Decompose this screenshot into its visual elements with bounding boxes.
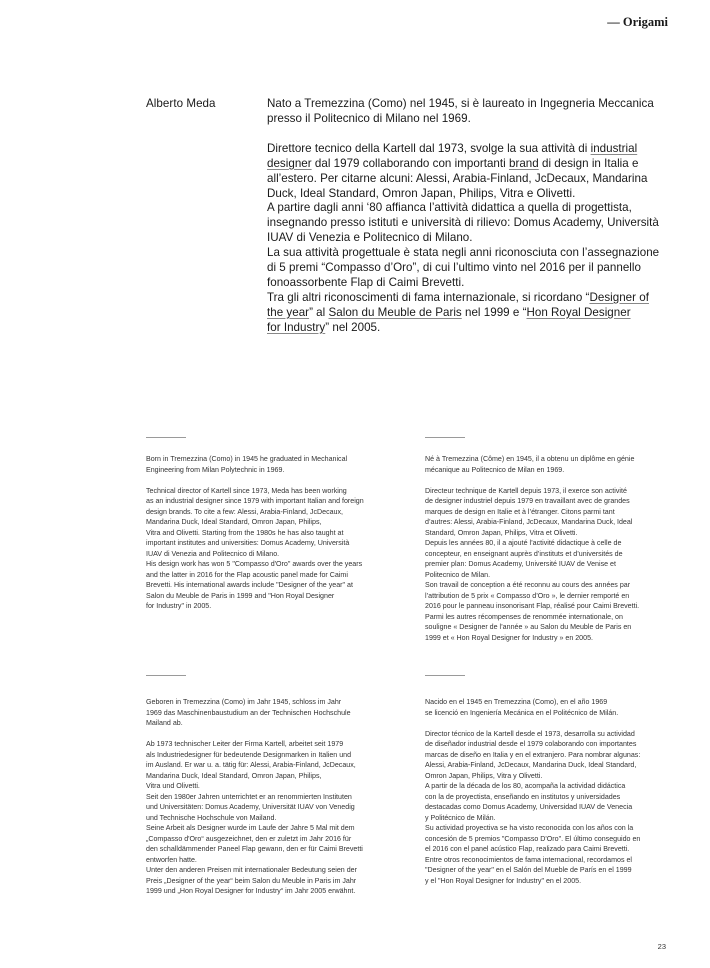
translation-spanish: Nacido en el 1945 en Tremezzina (Como), …: [425, 675, 695, 886]
text-line: im Ausland. Er war u. a. tätig für: Ales…: [146, 760, 416, 771]
text-line: for Industry" in 2005.: [146, 601, 416, 612]
text-fragment: ” nel 2005.: [325, 321, 380, 334]
translation-german: Geboren in Tremezzina (Como) im Jahr 194…: [146, 675, 416, 897]
text-line: Nato a Tremezzina (Como) nel 1945, si è …: [267, 97, 667, 112]
text-line: d’autres: Alessi, Arabia-Finland, JcDeca…: [425, 517, 695, 528]
link-designer-of-the-year[interactable]: the year: [267, 306, 309, 319]
translation-english: Born in Tremezzina (Como) in 1945 he gra…: [146, 437, 416, 612]
link-designer-of-the-year[interactable]: Designer of: [589, 291, 649, 304]
translation-paragraph: Ab 1973 technischer Leiter der Firma Kar…: [146, 739, 416, 897]
text-line: La sua attività progettuale è stata negl…: [267, 246, 667, 261]
text-line: Direttore tecnico della Kartell dal 1973…: [267, 142, 667, 157]
text-line: als Industriedesigner für bedeutende Des…: [146, 750, 416, 761]
text-line: Alessi, Arabia-Finland, JcDecaux, Mandar…: [425, 760, 695, 771]
text-line: de designer industriel depuis 1979 en tr…: [425, 496, 695, 507]
text-line: Duck, Ideal Standard, Omron Japan, Phili…: [267, 187, 667, 202]
text-line: Vitra and Olivetti. Starting from the 19…: [146, 528, 416, 539]
link-industrial-designer[interactable]: designer: [267, 157, 312, 170]
bio-paragraph: Nato a Tremezzina (Como) nel 1945, si è …: [267, 97, 667, 127]
text-fragment: Tra gli altri riconoscimenti di fama int…: [267, 291, 589, 304]
text-line: Geboren in Tremezzina (Como) im Jahr 194…: [146, 697, 416, 708]
text-line: 1969 das Maschinenbaustudium an der Tech…: [146, 708, 416, 719]
text-line: fonoassorbente Flap di Caimi Brevetti.: [267, 276, 667, 291]
text-line: Nacido en el 1945 en Tremezzina (Como), …: [425, 697, 695, 708]
text-line: concesión de 5 premios "Compasso D'Oro".…: [425, 834, 695, 845]
author-name: Alberto Meda: [146, 97, 216, 110]
text-line: Brevetti. His international awards inclu…: [146, 580, 416, 591]
text-line: A partir de la década de los 80, acompañ…: [425, 781, 695, 792]
link-salon-du-meuble[interactable]: Salon du Meuble de Paris: [329, 306, 462, 319]
link-hon-royal-designer[interactable]: for Industry: [267, 321, 325, 334]
text-line: Director técnico de la Kartell desde el …: [425, 729, 695, 740]
text-line: Su actividad proyectiva se ha visto reco…: [425, 823, 695, 834]
text-line: insegnando presso istituti e università …: [267, 216, 667, 231]
text-line: premier plan: Domus Academy, Université …: [425, 559, 695, 570]
text-line: Seine Arbeit als Designer wurde im Laufe…: [146, 823, 416, 834]
text-line: Vitra und Olivetti.: [146, 781, 416, 792]
translation-paragraph: Né à Tremezzina (Côme) en 1945, il a obt…: [425, 454, 695, 475]
translation-paragraph: Technical director of Kartell since 1973…: [146, 486, 416, 612]
text-line: Son travail de conception a été reconnu …: [425, 580, 695, 591]
text-line: und Technische Hochschule von Mailand.: [146, 813, 416, 824]
text-line: all’estero. Per citarne alcuni: Alessi, …: [267, 172, 667, 187]
link-hon-royal-designer[interactable]: Hon Royal Designer: [526, 306, 630, 319]
text-line: mécanique au Politecnico de Milan en 196…: [425, 465, 695, 476]
divider: [425, 675, 465, 676]
text-line: Standard, Omron Japan, Philips, Vitra et…: [425, 528, 695, 539]
text-line: design brands. To cite a few: Alessi, Ar…: [146, 507, 416, 518]
text-line: den schalldämmender Paneel Flap gewann, …: [146, 844, 416, 855]
text-line: y el "Hon Royal Designer for Industry" e…: [425, 876, 695, 887]
text-line: His design work has won 5 "Compasso d'Or…: [146, 559, 416, 570]
page-number: 23: [658, 942, 666, 951]
text-line: Engineering from Milan Polytechnic in 19…: [146, 465, 416, 476]
link-brand[interactable]: brand: [509, 157, 539, 170]
text-line: souligne « Designer de l’année » au Salo…: [425, 622, 695, 633]
text-line: di 5 premi “Compasso d’Oro”, di cui l’ul…: [267, 261, 667, 276]
translation-paragraph: Director técnico de la Kartell desde el …: [425, 729, 695, 887]
text-line: Mailand ab.: [146, 718, 416, 729]
divider: [425, 437, 465, 438]
text-line: Seit den 1980er Jahren unterrichtet er a…: [146, 792, 416, 803]
main-bio-italian: Nato a Tremezzina (Como) nel 1945, si è …: [267, 97, 667, 336]
text-line: Unter den anderen Preisen mit internatio…: [146, 865, 416, 876]
text-line: Born in Tremezzina (Como) in 1945 he gra…: [146, 454, 416, 465]
text-fragment: nel 1999 e “: [462, 306, 527, 319]
text-line: marcas de diseño en Italia y en el extra…: [425, 750, 695, 761]
translation-french: Né à Tremezzina (Côme) en 1945, il a obt…: [425, 437, 695, 643]
divider: [146, 675, 186, 676]
text-line: el 2016 con el panel acústico Flap, real…: [425, 844, 695, 855]
text-line: 1999 et « Hon Royal Designer for Industr…: [425, 633, 695, 644]
text-line: 2016 pour le panneau insonorisant Flap, …: [425, 601, 695, 612]
text-fragment: Direttore tecnico della Kartell dal 1973…: [267, 142, 591, 155]
text-line: „Compasso d'Oro“ ausgezeichnet, den er z…: [146, 834, 416, 845]
text-line: Directeur technique de Kartell depuis 19…: [425, 486, 695, 497]
text-line: Mandarina Duck, Ideal Standard, Omron Ja…: [146, 771, 416, 782]
text-line: und Universitäten: Domus Academy, Univer…: [146, 802, 416, 813]
text-line: Salon du Meuble de Paris in 1999 and "Ho…: [146, 591, 416, 602]
text-line: Tra gli altri riconoscimenti di fama int…: [267, 291, 667, 306]
text-line: l’attribution de 5 prix « Compasso d’Oro…: [425, 591, 695, 602]
text-line: "Designer of the year" en el Salón del M…: [425, 865, 695, 876]
text-line: de diseñador industrial desde el 1979 co…: [425, 739, 695, 750]
running-head-title: — Origami: [607, 15, 668, 30]
text-line: marques de design en Italie et à l’étran…: [425, 507, 695, 518]
text-line: concepteur, en enseignant auprès d’insti…: [425, 549, 695, 560]
text-line: as an industrial designer since 1979 wit…: [146, 496, 416, 507]
translation-paragraph: Directeur technique de Kartell depuis 19…: [425, 486, 695, 644]
text-line: A partire dagli anni ‘80 affianca l’atti…: [267, 201, 667, 216]
translation-paragraph: Nacido en el 1945 en Tremezzina (Como), …: [425, 697, 695, 718]
text-fragment: dal 1979 collaborando con importanti: [312, 157, 509, 170]
divider: [146, 437, 186, 438]
text-line: Parmi les autres récompenses de renommée…: [425, 612, 695, 623]
text-fragment: di design in Italia e: [539, 157, 639, 170]
text-line: Mandarina Duck, Ideal Standard, Omron Ja…: [146, 517, 416, 528]
text-line: Politecnico de Milan.: [425, 570, 695, 581]
text-line: 1999 und „Hon Royal Designer for Industr…: [146, 886, 416, 897]
text-line: Ab 1973 technischer Leiter der Firma Kar…: [146, 739, 416, 750]
text-line: IUAV di Venezia and Politecnico di Milan…: [146, 549, 416, 560]
text-line: presso il Politecnico di Milano nel 1969…: [267, 112, 667, 127]
text-line: con la de proyectista, enseñando en inst…: [425, 792, 695, 803]
text-line: Preis „Designer of the year“ beim Salon …: [146, 876, 416, 887]
text-line: entworfen hatte.: [146, 855, 416, 866]
link-industrial-designer[interactable]: industrial: [591, 142, 638, 155]
text-line: destacadas como Domus Academy, Universid…: [425, 802, 695, 813]
text-line: se licenció en Ingeniería Mecánica en el…: [425, 708, 695, 719]
text-line: important institutes and universities: D…: [146, 538, 416, 549]
text-line: Né à Tremezzina (Côme) en 1945, il a obt…: [425, 454, 695, 465]
bio-paragraph: Direttore tecnico della Kartell dal 1973…: [267, 142, 667, 336]
text-line: for Industry” nel 2005.: [267, 321, 667, 336]
text-line: Technical director of Kartell since 1973…: [146, 486, 416, 497]
text-line: y Politécnico de Milán.: [425, 813, 695, 824]
text-line: designer dal 1979 collaborando con impor…: [267, 157, 667, 172]
text-line: Omron Japan, Philips, Vitra y Olivetti.: [425, 771, 695, 782]
text-fragment: ” al: [309, 306, 328, 319]
text-line: and the latter in 2016 for the Flap acou…: [146, 570, 416, 581]
translation-paragraph: Geboren in Tremezzina (Como) im Jahr 194…: [146, 697, 416, 729]
text-line: the year” al Salon du Meuble de Paris ne…: [267, 306, 667, 321]
text-line: Depuis les années 80, il a ajouté l’acti…: [425, 538, 695, 549]
text-line: Entre otros reconocimientos de fama inte…: [425, 855, 695, 866]
text-line: IUAV di Venezia e Politecnico di Milano.: [267, 231, 667, 246]
translation-paragraph: Born in Tremezzina (Como) in 1945 he gra…: [146, 454, 416, 475]
